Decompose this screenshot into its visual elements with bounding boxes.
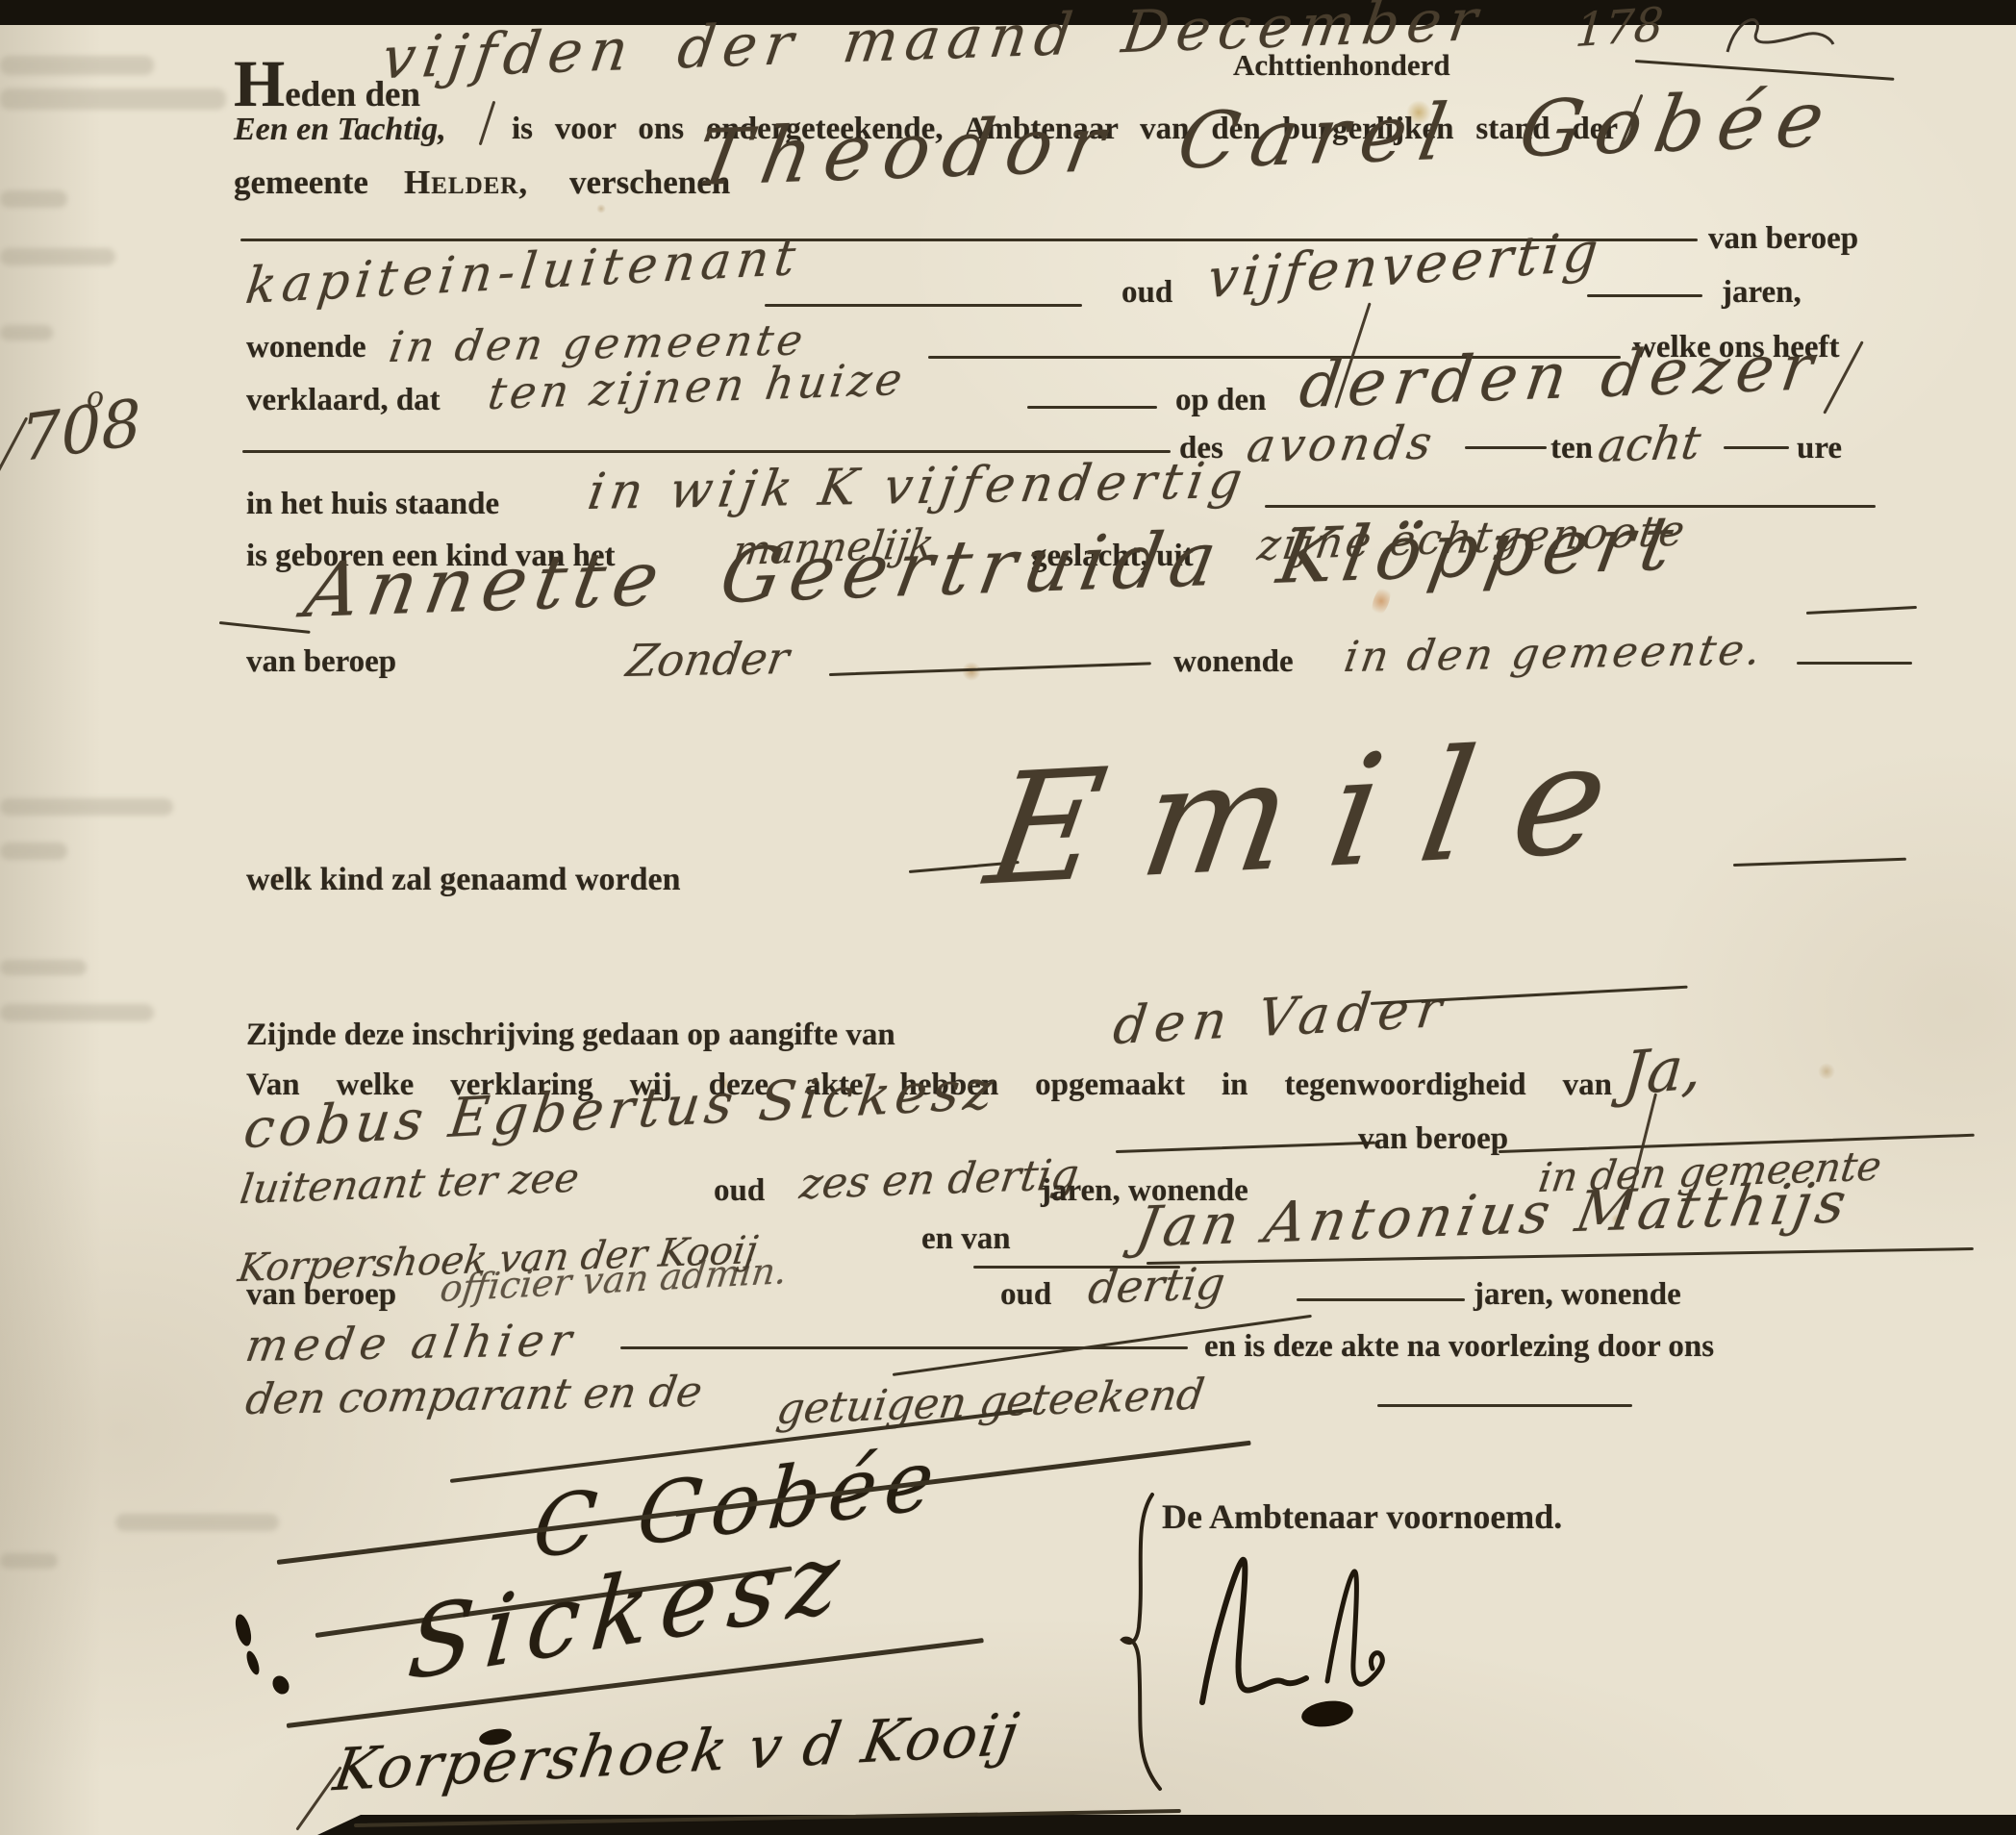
filler-dash: [765, 304, 1082, 307]
filler-dash: [1377, 1404, 1632, 1407]
entry-declarant-name: Theodor Carel Gobée: [690, 73, 1845, 203]
filler-dash: [1465, 446, 1547, 449]
entry-child-name: Emile: [976, 707, 1662, 920]
filler-dash: [1724, 446, 1789, 449]
pen-flourish: [219, 621, 311, 634]
entry-birth-day: derden dezer: [1296, 330, 1826, 422]
printed-oud: oud: [1121, 275, 1172, 311]
witness2-signature: Korpershoek v d Kooij: [329, 1700, 1024, 1804]
bleed-through-streak: [0, 1553, 58, 1569]
printed-achttienhonderd: Achttienhonderd: [1233, 48, 1450, 83]
bleed-through-streak: [0, 325, 53, 340]
printed-verklaard-dat: verklaard, dat: [246, 383, 441, 418]
printed-en-van: en van: [921, 1221, 1011, 1257]
bleed-through-streak: [0, 960, 87, 975]
filler-dash: [1797, 662, 1912, 665]
printed-ure: ure: [1797, 431, 1842, 466]
entry-mother-residence: in den gemeente.: [1341, 625, 1767, 682]
printed-in-het-huis: in het huis staande: [246, 487, 499, 522]
filler-dash: [1806, 606, 1917, 615]
entry-witness2-residence: mede alhier: [242, 1314, 581, 1371]
printed-jaren-wonende: jaren, wonende: [1474, 1277, 1681, 1313]
bottom-scan-edge: [317, 1815, 2016, 1835]
ink-blot: [269, 1672, 292, 1697]
printed-een-en-tachtig: Een en Tachtig,: [234, 112, 446, 148]
filler-dash: [1587, 294, 1702, 297]
bleed-through-streak: [0, 842, 67, 860]
paper-stain: [1818, 1063, 1835, 1080]
folio-paraph-flourish: [1722, 8, 1837, 75]
entry-mother-occupation: Zonder: [623, 632, 794, 687]
brace-icon: [1114, 1493, 1172, 1791]
bleed-through-streak: [0, 88, 226, 110]
printed-helder: Helder,: [404, 163, 528, 202]
filler-dash: [1116, 1142, 1375, 1153]
filler-dash: [1297, 1298, 1465, 1301]
printed-gemeente: gemeente: [234, 163, 368, 202]
printed-wonende: wonende: [246, 330, 366, 365]
pen-stroke: [479, 101, 496, 146]
printed-ambtenaar-voornoemd: De Ambtenaar voornoemd.: [1162, 1496, 1562, 1537]
bleed-through-streak: [0, 1004, 154, 1021]
entry-closing-a: den comparant en de: [242, 1368, 706, 1424]
ink-blot: [244, 1649, 262, 1676]
printed-op-den: op den: [1175, 383, 1266, 418]
scanned-birth-record: 178 o 708 Heden den vijfden der maand De…: [0, 0, 2016, 1835]
registrar-signature-scribble: [1181, 1546, 1470, 1739]
entry-witness1-occupation: luitenant ter zee: [238, 1154, 583, 1214]
paper-stain: [596, 204, 606, 214]
filler-dash: [620, 1346, 1188, 1349]
entry-hour: acht: [1595, 415, 1704, 473]
entry-witness1-age: zes en dertig: [796, 1150, 1081, 1209]
ink-blot: [233, 1613, 254, 1647]
folio-number: 178: [1574, 0, 1665, 58]
printed-van-beroep: van beroep: [246, 1277, 396, 1313]
bleed-through-streak: [0, 190, 67, 208]
printed-jaren: jaren,: [1722, 275, 1802, 311]
bleed-through-streak: [0, 248, 115, 265]
act-number: 708: [20, 385, 142, 476]
entry-house-address: in wijk K vijfendertig: [584, 452, 1251, 521]
printed-oud: oud: [714, 1173, 765, 1209]
filler-dash: [1733, 858, 1906, 867]
printed-oud: oud: [1000, 1277, 1051, 1313]
printed-van-beroep: van beroep: [1358, 1121, 1508, 1157]
printed-wonende: wonende: [1173, 644, 1294, 680]
printed-van-beroep: van beroep: [1708, 221, 1858, 257]
bleed-through-streak: [0, 798, 173, 816]
entry-informant: den Vader: [1110, 977, 1452, 1056]
entry-mother-name: Annette Geertruida Klöppert: [298, 500, 1687, 635]
printed-welk-kind: welk kind zal genaamd worden: [246, 862, 681, 898]
bleed-through-streak: [115, 1514, 279, 1531]
printed-van-beroep: van beroep: [246, 644, 396, 680]
printed-voorlezing: en is deze akte na voorlezing door ons: [1204, 1329, 1714, 1365]
printed-ten: ten: [1550, 431, 1593, 466]
printed-zijnde: Zijnde deze inschrijving gedaan op aangi…: [246, 1018, 895, 1053]
filler-dash: [1027, 406, 1157, 409]
form-line: [242, 450, 1171, 453]
entry-closing-b: getuigen geteekend: [773, 1370, 1207, 1434]
entry-witness2-age: dertig: [1085, 1257, 1228, 1314]
filler-dash: [829, 662, 1151, 676]
entry-declarant-occupation: kapitein-luitenant: [242, 229, 804, 316]
bleed-through-streak: [0, 56, 154, 75]
entry-declarant-age: vijfenveertig: [1205, 220, 1605, 311]
entry-witness1-prefix: Ja,: [1621, 1031, 1705, 1109]
entry-daypart: avonds: [1244, 416, 1440, 474]
